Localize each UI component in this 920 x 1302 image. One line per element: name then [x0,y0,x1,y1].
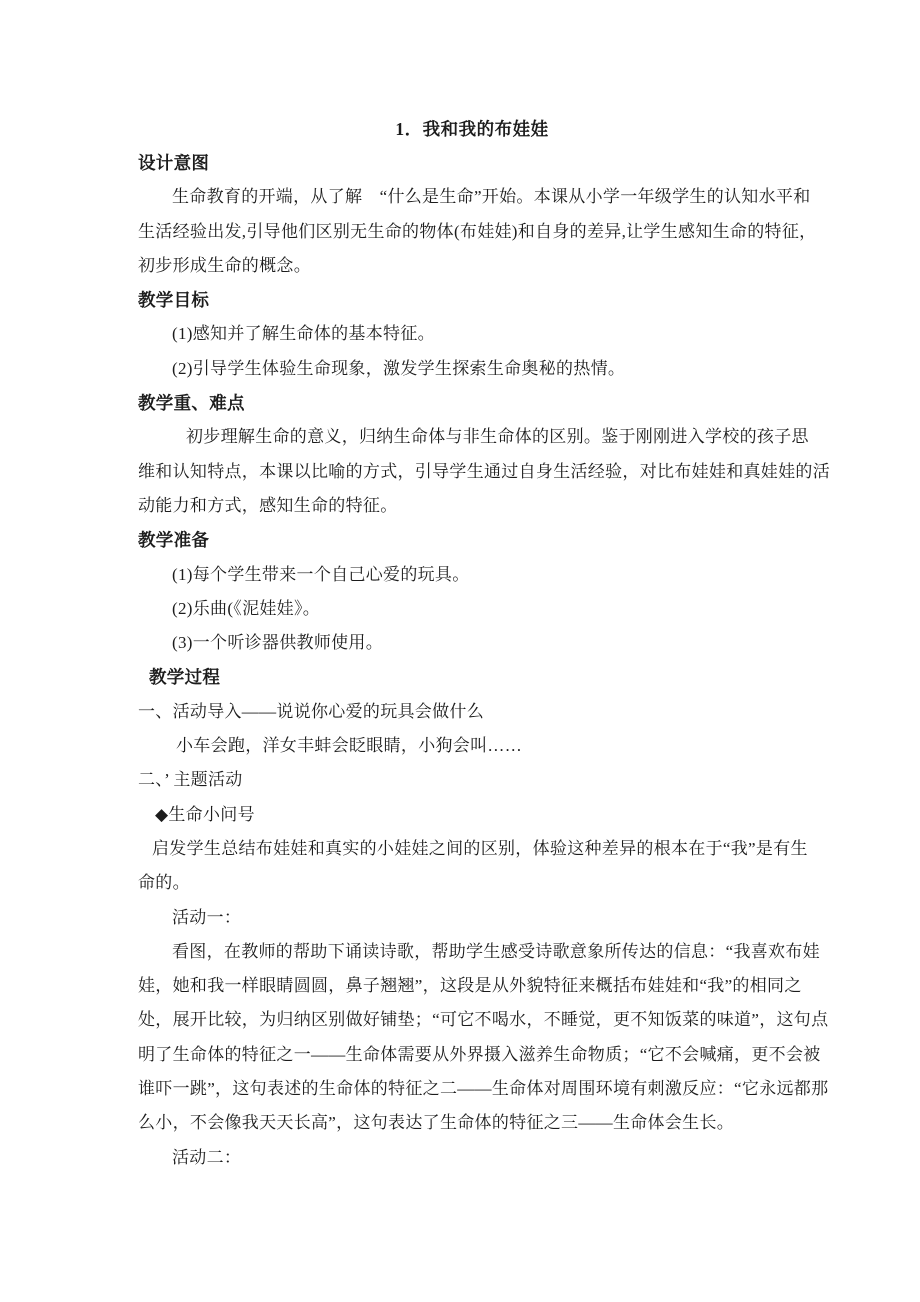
doc-line-activity-intro: 一、活动导入——说说你心爱的玩具会做什么 [138,695,806,729]
doc-line-preparation-2: (2)乐曲(《泥娃娃》。 [138,592,806,626]
doc-line: 动能力和方式，感知生命的特征。 [138,489,806,523]
doc-line: 处，展开比较，为归纳区别做好铺垫；“可它不喝水，不睡觉，更不知饭菜的味道”，这句… [138,1003,806,1037]
doc-line: 谁吓一跳”，这句表述的生命体的特征之二——生命体对周围环境有刺激反应：“它永远都… [138,1072,806,1106]
doc-line-theme-activity: 二、’ 主题活动 [138,763,806,797]
document-body: 1．我和我的布娃娃 设计意图 生命教育的开端，从了解 “什么是生命”开始。本课从… [138,112,806,1175]
doc-line-objective-1: (1)感知并了解生命体的基本特征。 [138,317,806,351]
section-heading-teaching-objectives: 教学目标 [138,283,806,317]
doc-line: 生活经验出发,引导他们区别无生命的物体(布娃娃)和自身的差异,让学生感知生命的特… [138,215,806,249]
doc-line: 小车会跑，洋女丰蚌会眨眼睛，小狗会叫…… [138,729,806,763]
document-page: 1．我和我的布娃娃 设计意图 生命教育的开端，从了解 “什么是生命”开始。本课从… [0,0,920,1302]
doc-line-preparation-3: (3)一个听诊器供教师使用。 [138,626,806,660]
doc-line: 初步理解生命的意义，归纳生命体与非生命体的区别。鉴于刚刚进入学校的孩子思 [138,420,806,454]
section-heading-preparation: 教学准备 [138,523,806,557]
doc-line-diamond-bullet: ◆生命小问号 [138,798,806,832]
doc-line: 维和认知特点，本课以比喻的方式，引导学生通过自身生活经验，对比布娃娃和真娃娃的活 [138,455,806,489]
doc-line: 明了生命体的特征之一——生命体需要从外界摄入滋养生命物质；“它不会喊痛，更不会被 [138,1038,806,1072]
doc-line-preparation-1: (1)每个学生带来一个自己心爱的玩具。 [138,558,806,592]
doc-title: 1．我和我的布娃娃 [138,112,806,146]
doc-line: 娃，她和我一样眼睛圆圆，鼻子翘翘”，这段是从外貌特征来概括布娃娃和“我”的相同之 [138,969,806,1003]
doc-line: 生命教育的开端，从了解 “什么是生命”开始。本课从小学一年级学生的认知水平和 [138,180,806,214]
doc-line-activity-two: 活动二： [138,1141,806,1175]
doc-line-activity-one: 活动一： [138,901,806,935]
doc-line: 初步形成生命的概念。 [138,249,806,283]
section-heading-key-difficulties: 教学重、难点 [138,386,806,420]
doc-line: 么小，不会像我天天长高”，这句表达了生命体的特征之三——生命体会生长。 [138,1106,806,1140]
doc-line: 看图，在教师的帮助下诵读诗歌，帮助学生感受诗歌意象所传达的信息：“我喜欢布娃 [138,935,806,969]
doc-line: 启发学生总结布娃娃和真实的小娃娃之间的区别，体验这种差异的根本在于“我”是有生 [138,832,806,866]
doc-line-objective-2: (2)引导学生体验生命现象，激发学生探索生命奥秘的热情。 [138,352,806,386]
section-heading-process: 教学过程 [138,660,806,694]
doc-line: 命的。 [138,866,806,900]
section-heading-design-intent: 设计意图 [138,146,806,180]
